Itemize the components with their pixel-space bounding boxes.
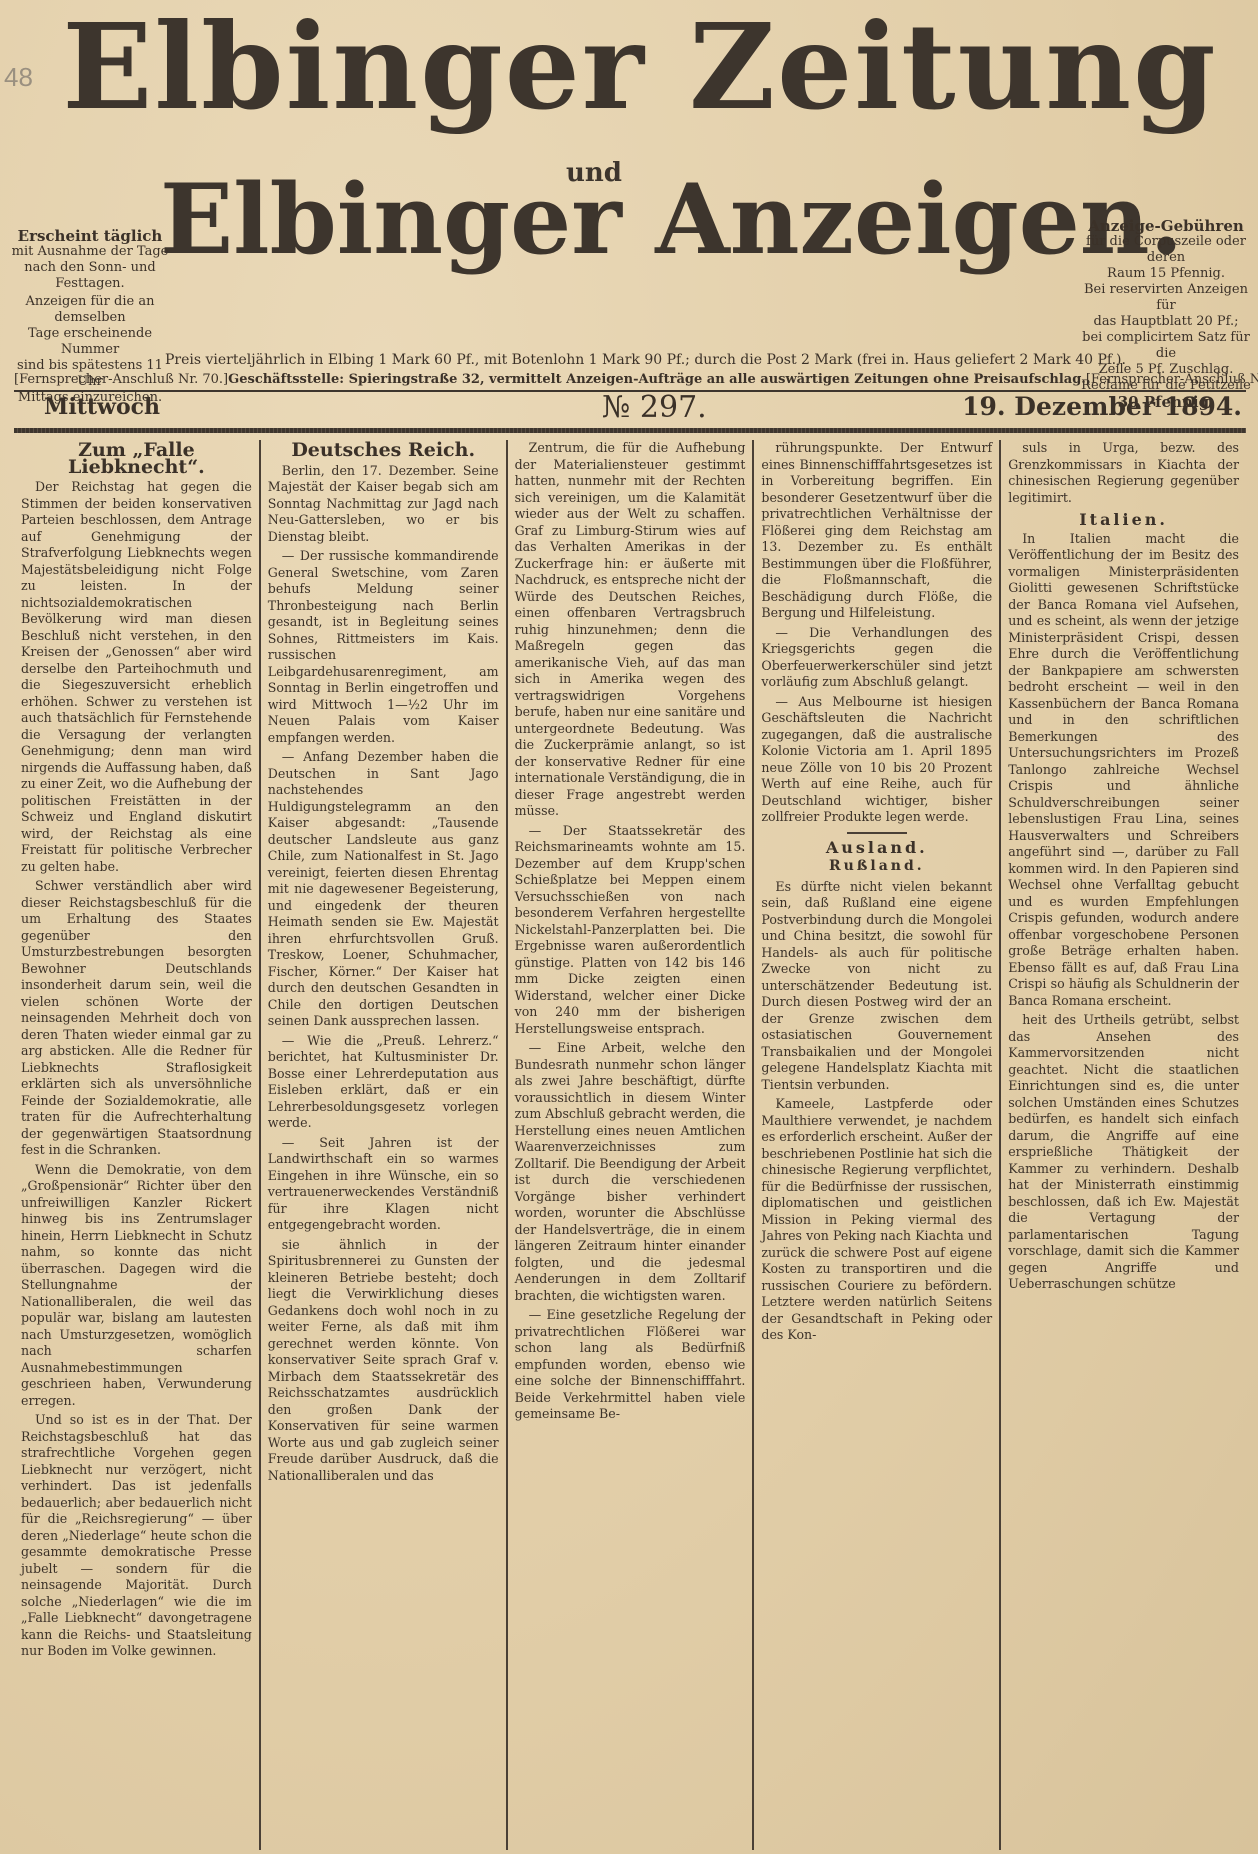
section-heading: Deutsches Reich.	[268, 442, 499, 459]
fee-line: für die Corpuszeile oder deren	[1076, 234, 1256, 266]
paragraph: — Anfang Dezember haben die Deutschen in…	[268, 749, 499, 1030]
paragraph: — Die Verhandlungen des Kriegsgerichts g…	[761, 625, 992, 691]
issue-date: 19. Dezember 1894.	[962, 392, 1242, 421]
subscription-price: Preis vierteljährlich in Elbing 1 Mark 6…	[165, 352, 1165, 368]
phone-left: [Fernsprecher-Anschluß Nr. 70.]	[14, 372, 228, 387]
article-columns: Zum „Falle Liebknecht“. Der Reichstag ha…	[14, 440, 1246, 1850]
ad-fees-heading: Anzeige-Gebühren	[1076, 218, 1256, 234]
section-heading: Ausland.	[761, 840, 992, 857]
section-heading: Italien.	[1008, 512, 1239, 529]
paragraph: Und so ist es in der That. Der Reichstag…	[21, 1412, 252, 1660]
section-divider	[847, 832, 907, 834]
paragraph: — Wie die „Preuß. Lehrerz.“ berichtet, h…	[268, 1033, 499, 1132]
article-heading: Zum „Falle Liebknecht“.	[21, 442, 252, 475]
publication-notice-heading: Erscheint täglich	[10, 228, 170, 244]
paragraph: Zentrum, die für die Aufhebung der Mater…	[515, 440, 746, 820]
fee-line: das Hauptblatt 20 Pf.;	[1076, 314, 1256, 330]
office-address: Geschäftsstelle: Spieringstraße 32, verm…	[228, 372, 1086, 387]
paragraph: sie ähnlich in der Spiritusbrennerei zu …	[268, 1237, 499, 1485]
dateline: Mittwoch № 297. 19. Dezember 1894.	[14, 392, 1246, 426]
paragraph: Berlin, den 17. Dezember. Seine Majestät…	[268, 463, 499, 546]
fee-line: Bei reservirten Anzeigen für	[1076, 282, 1256, 314]
column-5: suls in Urga, bezw. des Grenzkommissars …	[1001, 440, 1246, 1850]
paragraph: Kameele, Lastpferde oder Maulthiere verw…	[761, 1096, 992, 1344]
notice-line: nach den Sonn- und	[10, 260, 170, 276]
paragraph: heit des Urtheils getrübt, selbst das An…	[1008, 1012, 1239, 1293]
column-3: Zentrum, die für die Aufhebung der Mater…	[508, 440, 755, 1850]
paragraph: — Seit Jahren ist der Landwirthschaft ei…	[268, 1135, 499, 1234]
fee-line: Raum 15 Pfennig.	[1076, 266, 1256, 282]
notice-line: Festtagen.	[10, 276, 170, 292]
rule-bottom	[14, 428, 1246, 433]
paragraph: — Der Staatssekretär des Reichsmarineamt…	[515, 823, 746, 1038]
paragraph: Der Reichstag hat gegen die Stimmen der …	[21, 479, 252, 875]
weekday: Mittwoch	[44, 394, 160, 420]
notice-line: mit Ausnahme der Tage	[10, 244, 170, 260]
paragraph: In Italien macht die Veröffentlichung de…	[1008, 531, 1239, 1010]
deadline-line: Tage erscheinende Nummer	[10, 326, 170, 358]
archive-pencil-mark: 48	[4, 62, 33, 93]
masthead-subtitle: Elbinger Anzeigen.	[160, 172, 1060, 268]
column-2: Deutsches Reich. Berlin, den 17. Dezembe…	[261, 440, 508, 1850]
paragraph: — Der russische kommandirende General Sw…	[268, 548, 499, 746]
paragraph: suls in Urga, bezw. des Grenzkommissars …	[1008, 440, 1239, 506]
phone-right: [Fernsprecher-Anschluß Nr. 70.]	[1086, 372, 1258, 387]
column-4: rührungspunkte. Der Entwurf eines Binnen…	[754, 440, 1001, 1850]
deadline-line: Anzeigen für die an demselben	[10, 294, 170, 326]
paragraph: — Eine Arbeit, welche den Bundesrath nun…	[515, 1040, 746, 1304]
newspaper-page: 48 Elbinger Zeitung und Elbinger Anzeige…	[0, 0, 1258, 1854]
paragraph: rührungspunkte. Der Entwurf eines Binnen…	[761, 440, 992, 622]
subsection-heading: Rußland.	[761, 858, 992, 875]
contact-line: [Fernsprecher-Anschluß Nr. 70.] Geschäft…	[14, 372, 1246, 387]
paragraph: Wenn die Demokratie, von dem „Großpensio…	[21, 1162, 252, 1410]
paragraph: Es dürfte nicht vielen bekannt sein, daß…	[761, 879, 992, 1094]
column-1: Zum „Falle Liebknecht“. Der Reichstag ha…	[14, 440, 261, 1850]
masthead-title: Elbinger Zeitung	[40, 8, 1240, 126]
paragraph: — Aus Melbourne ist hiesigen Geschäftsle…	[761, 694, 992, 826]
paragraph: Schwer verständlich aber wird dieser Rei…	[21, 878, 252, 1159]
paragraph: — Eine gesetzliche Regelung der privatre…	[515, 1307, 746, 1423]
issue-number: № 297.	[602, 390, 707, 425]
